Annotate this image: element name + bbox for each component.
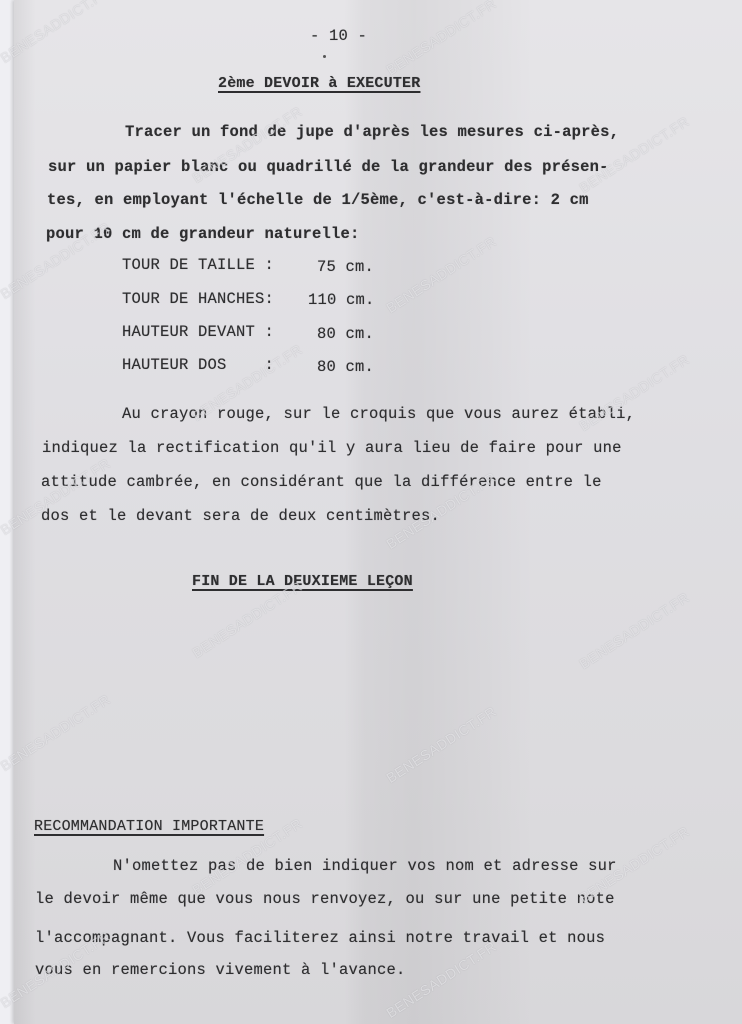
measurement-label: TOUR DE TAILLE : — [122, 256, 274, 274]
recommendation-heading: RECOMMANDATION IMPORTANTE — [34, 818, 264, 835]
instruction-line: dos et le devant sera de deux centimètre… — [41, 507, 440, 525]
recommendation-line: vous en remercions vivement à l'avance. — [35, 961, 406, 979]
assignment-title: 2ème DEVOIR à EXECUTER — [218, 75, 420, 92]
measurement-label: HAUTEUR DEVANT : — [122, 323, 274, 341]
assignment-paragraph-line: Tracer un fond de jupe d'après les mesur… — [125, 123, 619, 141]
measurement-value: 75 cm. — [317, 258, 374, 276]
measurement-label: TOUR DE HANCHES: — [122, 290, 274, 308]
recommendation-line: N'omettez pas de bien indiquer vos nom e… — [113, 857, 617, 875]
assignment-paragraph-line: sur un papier blanc ou quadrillé de la g… — [48, 158, 609, 176]
measurement-value: 80 cm. — [317, 358, 374, 376]
ink-dot — [323, 55, 326, 58]
instruction-line: indiquez la rectification qu'il y aura l… — [42, 439, 622, 457]
measurement-value: 110 cm. — [308, 291, 375, 309]
recommendation-line: l'accompagnant. Vous faciliterez ainsi n… — [35, 929, 605, 947]
instruction-line: attitude cambrée, en considérant que la … — [41, 473, 602, 491]
page-number: - 10 - — [310, 27, 367, 45]
measurement-value: 80 cm. — [317, 325, 374, 343]
recommendation-line: le devoir même que vous nous renvoyez, o… — [35, 890, 615, 908]
assignment-paragraph-line: tes, en employant l'échelle de 1/5ème, c… — [47, 191, 589, 209]
